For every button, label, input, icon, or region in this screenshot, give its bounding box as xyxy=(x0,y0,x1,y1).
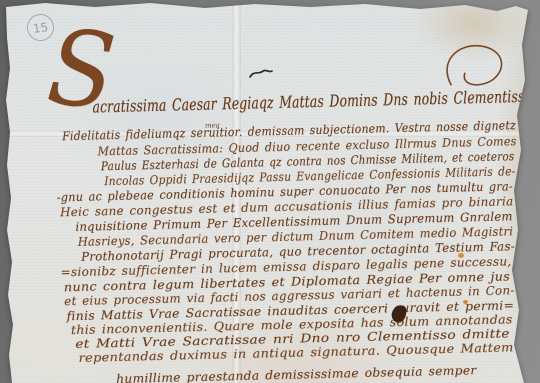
paper-shadow-wrap: 15 S acratissima Caesar Regiaqz Mattas D… xyxy=(0,0,540,383)
body-lines: Fidelitatis fideliumqz seruitior. demiss… xyxy=(0,0,537,2)
manuscript-line: humillime praestanda demississimae obseq… xyxy=(116,363,477,383)
heading-flourish xyxy=(436,39,515,91)
heading-line: acratissima Caesar Regiaqz Mattas Domins… xyxy=(92,87,536,117)
manuscript-text-layer: S acratissima Caesar Regiaqz Mattas Domi… xyxy=(0,0,540,383)
manuscript-photo: 15 S acratissima Caesar Regiaqz Mattas D… xyxy=(0,0,540,383)
wax-speck-2 xyxy=(463,300,468,304)
manuscript-paper: 15 S acratissima Caesar Regiaqz Mattas D… xyxy=(0,0,540,383)
wax-speck-1 xyxy=(458,253,464,258)
